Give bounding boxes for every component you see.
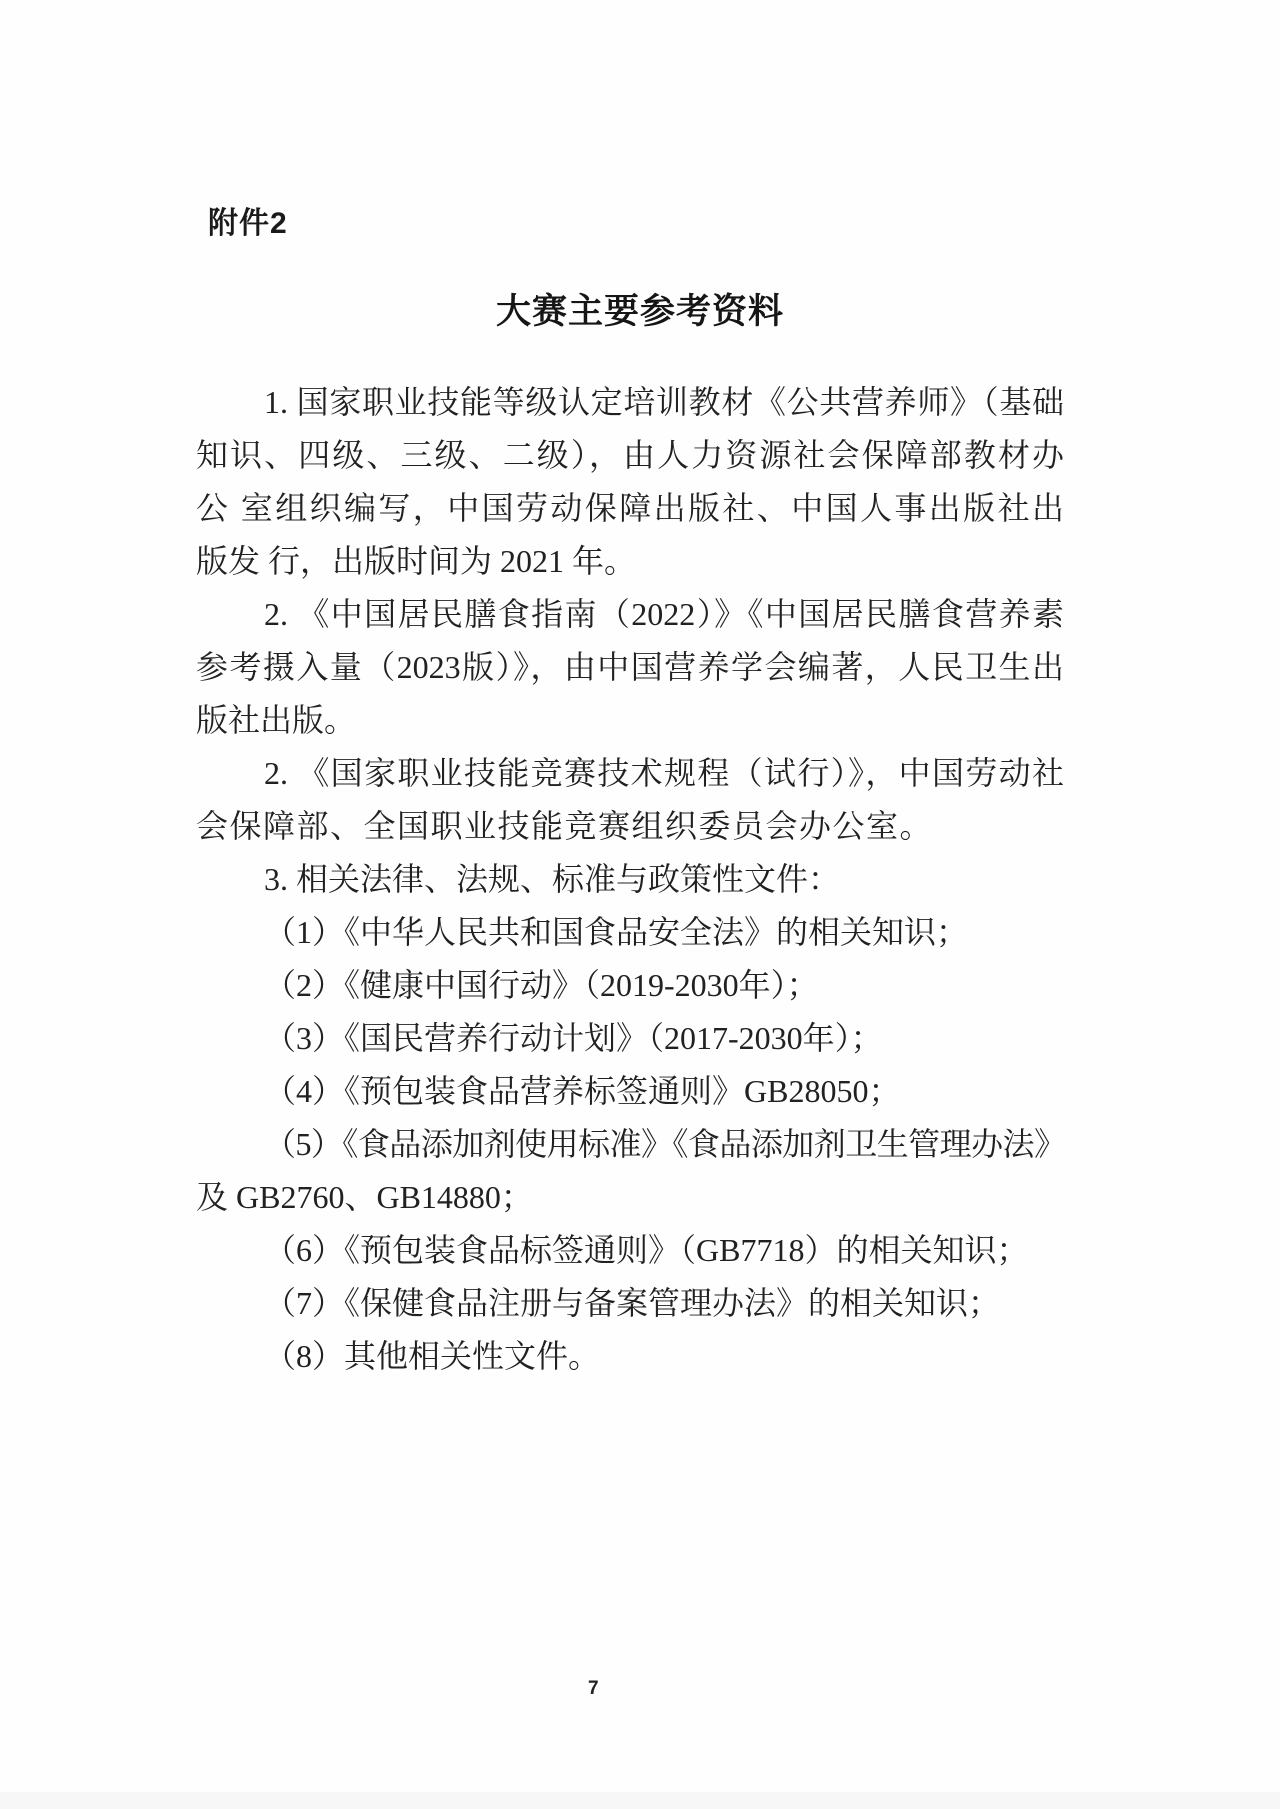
text-line: （3）《国民营养行动计划》（2017-2030年）； bbox=[196, 1012, 1064, 1065]
text-line: 公 室组织编写，中国劳动保障出版社、中国人事出版社出 bbox=[196, 482, 1064, 535]
text-line: 3. 相关法律、法规、标准与政策性文件： bbox=[196, 853, 1064, 906]
text-line: （5）《食品添加剂使用标准》《食品添加剂卫生管理办法》 bbox=[196, 1118, 1064, 1171]
page-title: 大赛主要参考资料 bbox=[0, 284, 1280, 334]
scan-bottom-edge bbox=[0, 1792, 1280, 1809]
text-line: （8）其他相关性文件。 bbox=[196, 1330, 1064, 1383]
text-line: 2. 《中国居民膳食指南（2022）》《中国居民膳食营养素 bbox=[196, 588, 1064, 641]
text-line: 参考摄入量（2023版）》，由中国营养学会编著，人民卫生出 bbox=[196, 641, 1064, 694]
text-line: 1. 国家职业技能等级认定培训教材《公共营养师》（基础 bbox=[196, 376, 1064, 429]
text-line: （1）《中华人民共和国食品安全法》的相关知识； bbox=[196, 906, 1064, 959]
document-body: 1. 国家职业技能等级认定培训教材《公共营养师》（基础 知识、四级、三级、二级）… bbox=[196, 376, 1064, 1383]
page-number: 7 bbox=[588, 1678, 599, 1700]
text-line: 知识、四级、三级、二级），由人力资源社会保障部教材办 bbox=[196, 429, 1064, 482]
scanned-document-page: 附件2 大赛主要参考资料 1. 国家职业技能等级认定培训教材《公共营养师》（基础… bbox=[0, 0, 1280, 1809]
text-line: （2）《健康中国行动》（2019-2030年）； bbox=[196, 959, 1064, 1012]
text-line: 会保障部、全国职业技能竞赛组织委员会办公室。 bbox=[196, 800, 1064, 853]
text-line: 2. 《国家职业技能竞赛技术规程（试行）》，中国劳动社 bbox=[196, 747, 1064, 800]
text-line: （6）《预包装食品标签通则》（GB7718）的相关知识； bbox=[196, 1224, 1064, 1277]
attachment-label: 附件2 bbox=[208, 198, 288, 242]
text-line: （4）《预包装食品营养标签通则》GB28050； bbox=[196, 1065, 1064, 1118]
text-line: 版发 行，出版时间为 2021 年。 bbox=[196, 535, 1064, 588]
text-line: 版社出版。 bbox=[196, 694, 1064, 747]
text-line: 及 GB2760、GB14880； bbox=[196, 1171, 1064, 1224]
text-line: （7）《保健食品注册与备案管理办法》的相关知识； bbox=[196, 1277, 1064, 1330]
